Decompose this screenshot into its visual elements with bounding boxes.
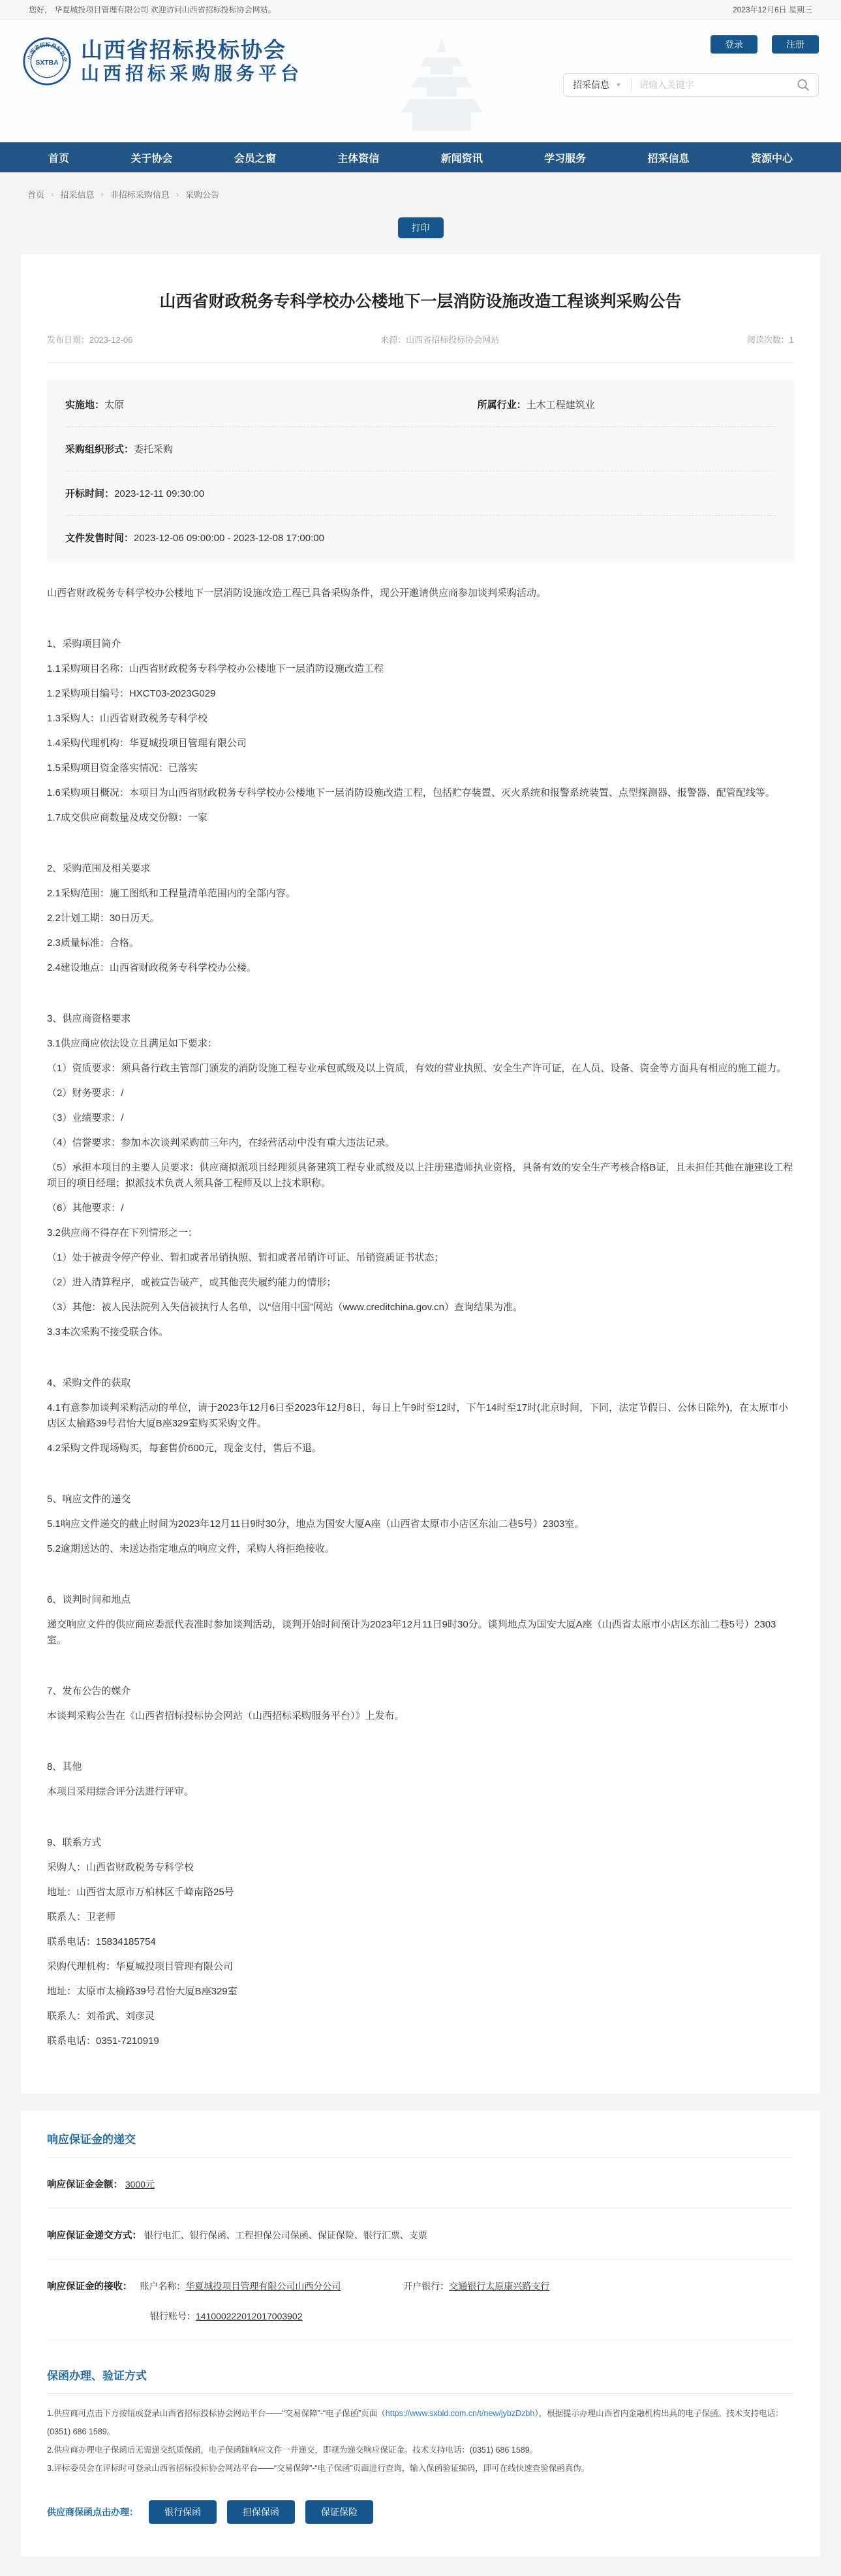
- body-paragraph: 地址：太原市太榆路39号君怡大厦B座329室: [47, 1984, 794, 2000]
- main-nav-bar: 首页关于协会会员之窗主体资信新闻资讯学习服务招采信息资源中心: [0, 142, 841, 172]
- body-paragraph: （4）信誉要求：参加本次谈判采购前三年内，在经营活动中没有重大违法记录。: [47, 1135, 794, 1151]
- account-name: 账户名称：华夏城投项目管理有限公司山西分公司: [140, 2281, 343, 2291]
- search-input[interactable]: [632, 80, 793, 90]
- article-source: 来源：山西省招标投标协会网站: [380, 333, 499, 345]
- nav-item[interactable]: 首页: [48, 150, 69, 165]
- body-paragraph: 3.1供应商应依法设立且满足如下要求：: [47, 1036, 794, 1052]
- page-title: 山西省财政税务专科学校办公楼地下一层消防设施改造工程谈判采购公告: [47, 291, 794, 313]
- body-paragraph: （3）其他：被人民法院列入失信被执行人名单，以“信用中国”网站（www.cred…: [47, 1300, 794, 1315]
- section-heading: 5、响应文件的递交: [47, 1492, 794, 1507]
- topbar-date: 2023年12月6日 星期三: [733, 4, 812, 15]
- logo-abbr-text: SXTBA: [35, 59, 59, 67]
- body-paragraph: （5）承担本项目的主要人员要求：供应商拟派项目经理须具备建筑工程专业贰级及以上注…: [47, 1160, 794, 1191]
- guarantee-heading: 响应保证金的递交: [47, 2130, 794, 2158]
- search-bar: 招采信息 ▼: [563, 73, 819, 97]
- body-paragraph: 3.2供应商不得存在下列情形之一：: [47, 1225, 794, 1241]
- body-paragraph: 4.1有意参加谈判采购活动的单位，请于2023年12月6日至2023年12月8日…: [47, 1400, 794, 1432]
- search-category-label: 招采信息: [573, 78, 609, 91]
- association-seal-icon: 山西省招标投标协会 SXTBA: [22, 37, 72, 86]
- breadcrumb-item[interactable]: 首页: [27, 188, 44, 200]
- info-cell: 文件发售时间：2023-12-06 09:00:00 - 2023-12-08 …: [65, 531, 478, 544]
- body-paragraph: 1.3采购人：山西省财政税务专科学校: [47, 711, 794, 727]
- body-paragraph: 1.4采购代理机构：华夏城投项目管理有限公司: [47, 736, 794, 751]
- body-paragraph: （2）进入清算程序，或被宣告破产，或其他丧失履约能力的情形；: [47, 1275, 794, 1291]
- section-heading: 2、采购范围及相关要求: [47, 861, 794, 877]
- nav-item[interactable]: 主体资信: [337, 150, 379, 165]
- nav-item[interactable]: 会员之窗: [234, 150, 276, 165]
- guarantee-button[interactable]: 保证保险: [305, 2500, 373, 2524]
- body-paragraph: （1）资质要求：须具备行政主管部门颁发的消防设施工程专业承包贰级及以上资质，有效…: [47, 1061, 794, 1076]
- body-paragraph: 联系人：卫老师: [47, 1909, 794, 1925]
- body-paragraph: （3）业绩要求：/: [47, 1110, 794, 1126]
- site-logo: 山西省招标投标协会 SXTBA 山西省招标投标协会 山西招标采购服务平台: [22, 37, 303, 86]
- body-paragraph: 本谈判采购公告在《山西省招标投标协会网站（山西招标采购服务平台）》上发布。: [47, 1708, 794, 1724]
- print-button[interactable]: 打印: [398, 217, 444, 238]
- guarantee-card: 响应保证金的递交 响应保证金金额： 3000元 响应保证金递交方式： 银行电汇、…: [21, 2111, 820, 2556]
- breadcrumb-item[interactable]: 采购公告: [185, 188, 219, 200]
- info-cell: 采购组织形式：委托采购: [65, 442, 478, 456]
- body-paragraph: 本项目采用综合评分法进行评审。: [47, 1784, 794, 1800]
- section-heading: 4、采购文件的获取: [47, 1375, 794, 1391]
- body-paragraph: 联系电话：0351-7210919: [47, 2034, 794, 2049]
- bank-name: 开户银行：交通银行太原康兴路支行: [403, 2281, 549, 2291]
- breadcrumb-item[interactable]: 招采信息: [60, 188, 94, 200]
- body-paragraph: 5.2逾期送达的、未送达指定地点的响应文件，采购人将拒绝接收。: [47, 1541, 794, 1557]
- body-paragraph: 2.3质量标准：合格。: [47, 935, 794, 951]
- body-paragraph: 1.2采购项目编号：HXCT03-2023G029: [47, 686, 794, 702]
- body-paragraph: 1.5采购项目资金落实情况：已落实: [47, 761, 794, 776]
- org-name: 山西省招标投标协会: [81, 38, 303, 63]
- section-heading: 1、采购项目简介: [47, 636, 794, 652]
- article-body: 山西省财政税务专科学校办公楼地下一层消防设施改造工程已具备采购条件，现公开邀请供…: [47, 586, 794, 2049]
- login-button[interactable]: 登录: [711, 35, 757, 54]
- body-paragraph: 1.1采购项目名称：山西省财政税务专科学校办公楼地下一层消防设施改造工程: [47, 661, 794, 677]
- section-heading: 3、供应商资格要求: [47, 1011, 794, 1027]
- guarantee-amount-value: 3000元: [125, 2179, 155, 2190]
- body-paragraph: （1）处于被责令停产停业、暂扣或者吊销执照、暂扣或者吊销许可证、吊销资质证书状态…: [47, 1250, 794, 1266]
- body-paragraph: 联系人：刘希武、刘彦灵: [47, 2009, 794, 2024]
- guarantee-actions-label: 供应商保函点击办理：: [47, 2505, 138, 2519]
- site-header: 山西省招标投标协会 SXTBA 山西省招标投标协会 山西招标采购服务平台 登录 …: [0, 20, 841, 142]
- body-paragraph: 递交响应文件的供应商应委派代表准时参加谈判活动，谈判开始时间预计为2023年12…: [47, 1617, 794, 1648]
- guarantee-actions-row: 供应商保函点击办理： 银行保函担保保函保证保险: [47, 2500, 794, 2526]
- register-button[interactable]: 注册: [772, 35, 819, 54]
- section-heading: 7、发布公告的媒介: [47, 1684, 794, 1699]
- body-paragraph: 采购人：山西省财政税务专科学校: [47, 1860, 794, 1876]
- body-paragraph: 2.4建设地点：山西省财政税务专科学校办公楼。: [47, 960, 794, 976]
- verify-line-1: 1.供应商可点击下方按钮或登录山西省招标投标协会网站平台——“交易保障”-“电子…: [47, 2404, 794, 2441]
- body-paragraph: 地址：山西省太原市万柏林区千峰南路25号: [47, 1885, 794, 1900]
- body-paragraph: 4.2采购文件现场购买，每套售价600元，现金支付，售后不退。: [47, 1441, 794, 1456]
- search-icon[interactable]: [793, 78, 818, 91]
- publish-date: 发布日期：2023-12-06: [47, 333, 133, 345]
- chevron-down-icon: ▼: [615, 82, 622, 88]
- body-paragraph: （2）财务要求：/: [47, 1086, 794, 1101]
- view-count: 阅读次数：1: [747, 333, 794, 345]
- body-paragraph: 2.2计划工期：30日历天。: [47, 911, 794, 926]
- breadcrumb-separator-icon: ›: [176, 189, 179, 199]
- body-paragraph: 1.6采购项目概况：本项目为山西省财政税务专科学校办公楼地下一层消防设施改造工程…: [47, 785, 794, 801]
- info-cell: 实施地：太原: [65, 398, 478, 411]
- body-paragraph: 1.7成交供应商数量及成交份额：一家: [47, 810, 794, 826]
- breadcrumb-separator-icon: ›: [51, 189, 54, 199]
- info-row: 文件发售时间：2023-12-06 09:00:00 - 2023-12-08 …: [65, 515, 776, 559]
- guarantee-amount-row: 响应保证金金额： 3000元: [47, 2158, 794, 2208]
- search-category-dropdown[interactable]: 招采信息 ▼: [564, 78, 632, 92]
- body-paragraph: 联系电话：15834185754: [47, 1934, 794, 1950]
- topbar: 您好， 华夏城投项目管理有限公司 欢迎访问山西省招标投标协会网站。 2023年1…: [0, 0, 841, 20]
- bank-account-number: 银行账号：141000222012017003902: [150, 2310, 794, 2323]
- section-heading: 9、联系方式: [47, 1835, 794, 1851]
- info-cell: 开标时间：2023-12-11 09:30:00: [65, 486, 478, 500]
- main-nav: 首页关于协会会员之窗主体资信新闻资讯学习服务招采信息资源中心: [21, 142, 820, 172]
- info-row: 采购组织形式：委托采购: [65, 426, 776, 471]
- body-paragraph: 山西省财政税务专科学校办公楼地下一层消防设施改造工程已具备采购条件，现公开邀请供…: [47, 586, 794, 601]
- body-paragraph: 3.3本次采购不接受联合体。: [47, 1325, 794, 1340]
- section-heading: 8、其他: [47, 1759, 794, 1775]
- section-heading: 6、谈判时间和地点: [47, 1592, 794, 1608]
- guarantee-button[interactable]: 银行保函: [149, 2500, 217, 2524]
- verify-heading: 保函办理、验证方式: [47, 2366, 794, 2394]
- nav-item[interactable]: 学习服务: [544, 150, 586, 165]
- e-guarantee-link[interactable]: https://www.sxbld.com.cn/t/new/jybzDzbh: [386, 2409, 535, 2418]
- guarantee-buttons: 银行保函担保保函保证保险: [138, 2500, 373, 2524]
- nav-item[interactable]: 关于协会: [130, 150, 172, 165]
- platform-name: 山西招标采购服务平台: [81, 63, 303, 85]
- article-meta: 发布日期：2023-12-06 来源：山西省招标投标协会网站 阅读次数：1: [47, 333, 794, 363]
- body-paragraph: （6）其他要求：/: [47, 1201, 794, 1216]
- verify-line-2: 2.供应商办理电子保函后无需递交纸质保函，电子保函随响应文件一并递交，即视为递交…: [47, 2441, 794, 2459]
- nav-item[interactable]: 招采信息: [648, 150, 690, 165]
- info-box: 实施地：太原所属行业：土木工程建筑业采购组织形式：委托采购开标时间：2023-1…: [47, 380, 794, 562]
- body-paragraph: 5.1响应文件递交的截止时间为2023年12月11日9时30分，地点为国安大厦A…: [47, 1516, 794, 1532]
- info-cell: 所属行业：土木工程建筑业: [478, 398, 776, 411]
- guarantee-method-row: 响应保证金递交方式： 银行电汇、银行保函、工程担保公司保函、保证保险、银行汇票、…: [47, 2208, 794, 2259]
- verify-block: 保函办理、验证方式 1.供应商可点击下方按钮或登录山西省招标投标协会网站平台——…: [47, 2366, 794, 2478]
- guarantee-account-row: 响应保证金的接收： 账户名称：华夏城投项目管理有限公司山西分公司 开户银行：交通…: [47, 2259, 794, 2340]
- announcement-card: 山西省财政税务专科学校办公楼地下一层消防设施改造工程谈判采购公告 发布日期：20…: [21, 254, 820, 2094]
- info-row: 实施地：太原所属行业：土木工程建筑业: [65, 383, 776, 426]
- breadcrumb-separator-icon: ›: [100, 189, 103, 199]
- guarantee-button[interactable]: 担保保函: [227, 2500, 295, 2524]
- nav-item[interactable]: 资源中心: [751, 150, 793, 165]
- breadcrumb-item[interactable]: 非招标采购信息: [110, 188, 170, 200]
- body-paragraph: 2.1采购范围：施工图纸和工程量清单范围内的全部内容。: [47, 886, 794, 902]
- topbar-greeting: 您好， 华夏城投项目管理有限公司 欢迎访问山西省招标投标协会网站。: [29, 4, 276, 15]
- pagoda-watermark-icon: [386, 35, 497, 133]
- nav-item[interactable]: 新闻资讯: [441, 150, 483, 165]
- verify-line-3: 3.评标委员会在评标时可登录山西省招标投标协会网站平台——“交易保障”-“电子保…: [47, 2459, 794, 2477]
- breadcrumb: 首页›招采信息›非招标采购信息›采购公告: [27, 188, 814, 200]
- body-paragraph: 采购代理机构：华夏城投项目管理有限公司: [47, 1959, 794, 1975]
- guarantee-method-value: 银行电汇、银行保函、工程担保公司保函、保证保险、银行汇票、支票: [144, 2230, 427, 2240]
- info-row: 开标时间：2023-12-11 09:30:00: [65, 471, 776, 515]
